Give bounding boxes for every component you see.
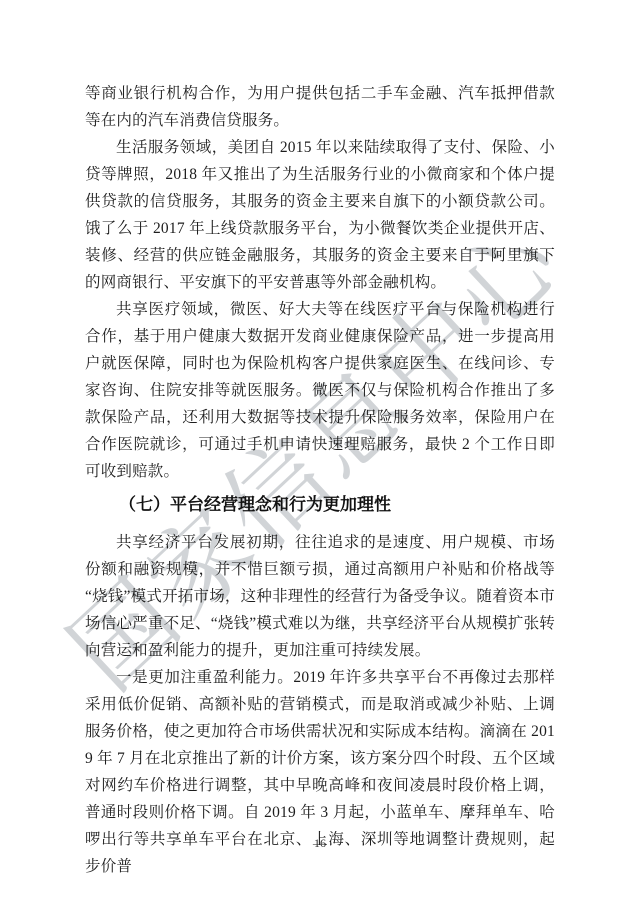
document-page: 国家信息中心 等商业银行机构合作，为用户提供包括二手车金融、汽车抵押借款等在内的… — [0, 0, 640, 905]
paragraph-continuation: 等商业银行机构合作，为用户提供包括二手车金融、汽车抵押借款等在内的汽车消费信贷服… — [85, 80, 555, 134]
page-number: 16 — [0, 836, 640, 851]
page-content: 等商业银行机构合作，为用户提供包括二手车金融、汽车抵押借款等在内的汽车消费信贷服… — [85, 80, 555, 880]
paragraph-platform-early-stage: 共享经济平台发展初期，往往追求的是速度、用户规模、市场份额和融资规模，并不惜巨额… — [85, 529, 555, 664]
paragraph-life-services: 生活服务领域，美团自 2015 年以来陆续取得了支付、保险、小贷等牌照，2018… — [85, 134, 555, 296]
paragraph-shared-medical: 共享医疗领域，微医、好大夫等在线医疗平台与保险机构进行合作，基于用户健康大数据开… — [85, 296, 555, 485]
section-heading: （七）平台经营理念和行为更加理性 — [85, 493, 555, 517]
